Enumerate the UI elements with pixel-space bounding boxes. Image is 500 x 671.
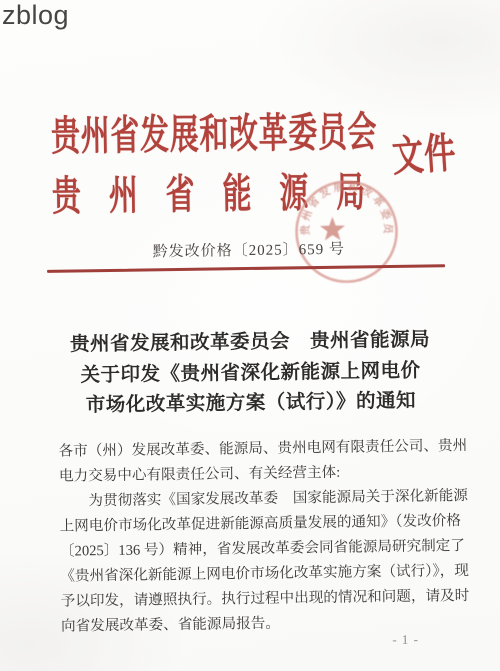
official-seal-stamp: 贵州省发展和改革委员会 [286, 170, 408, 294]
document-body: 各市（州）发展改革委、能源局、贵州电网有限责任公司、贵州电力交易中心有限责任公司… [58, 434, 473, 640]
document-photo: 贵州省发展和改革委员会 贵州省能源局 文件 贵州省发展和改革委员会 黔发改价格〔… [0, 0, 500, 671]
title-line: 市场化改革实施方案（试行）》的通知 [1, 386, 500, 423]
zblog-watermark: zblog [2, 0, 69, 31]
page-number: - 1 - [392, 632, 419, 648]
document-number: 黔发改价格〔2025〕659 号 [0, 236, 499, 264]
agency-name-line1: 贵州省发展和改革委员会 [51, 98, 378, 162]
paper-content: 贵州省发展和改革委员会 贵州省能源局 文件 贵州省发展和改革委员会 黔发改价格〔… [0, 0, 500, 671]
document-title: 贵州省发展和改革委员会 贵州省能源局关于印发《贵州省深化新能源上网电价市场化改革… [0, 325, 500, 423]
